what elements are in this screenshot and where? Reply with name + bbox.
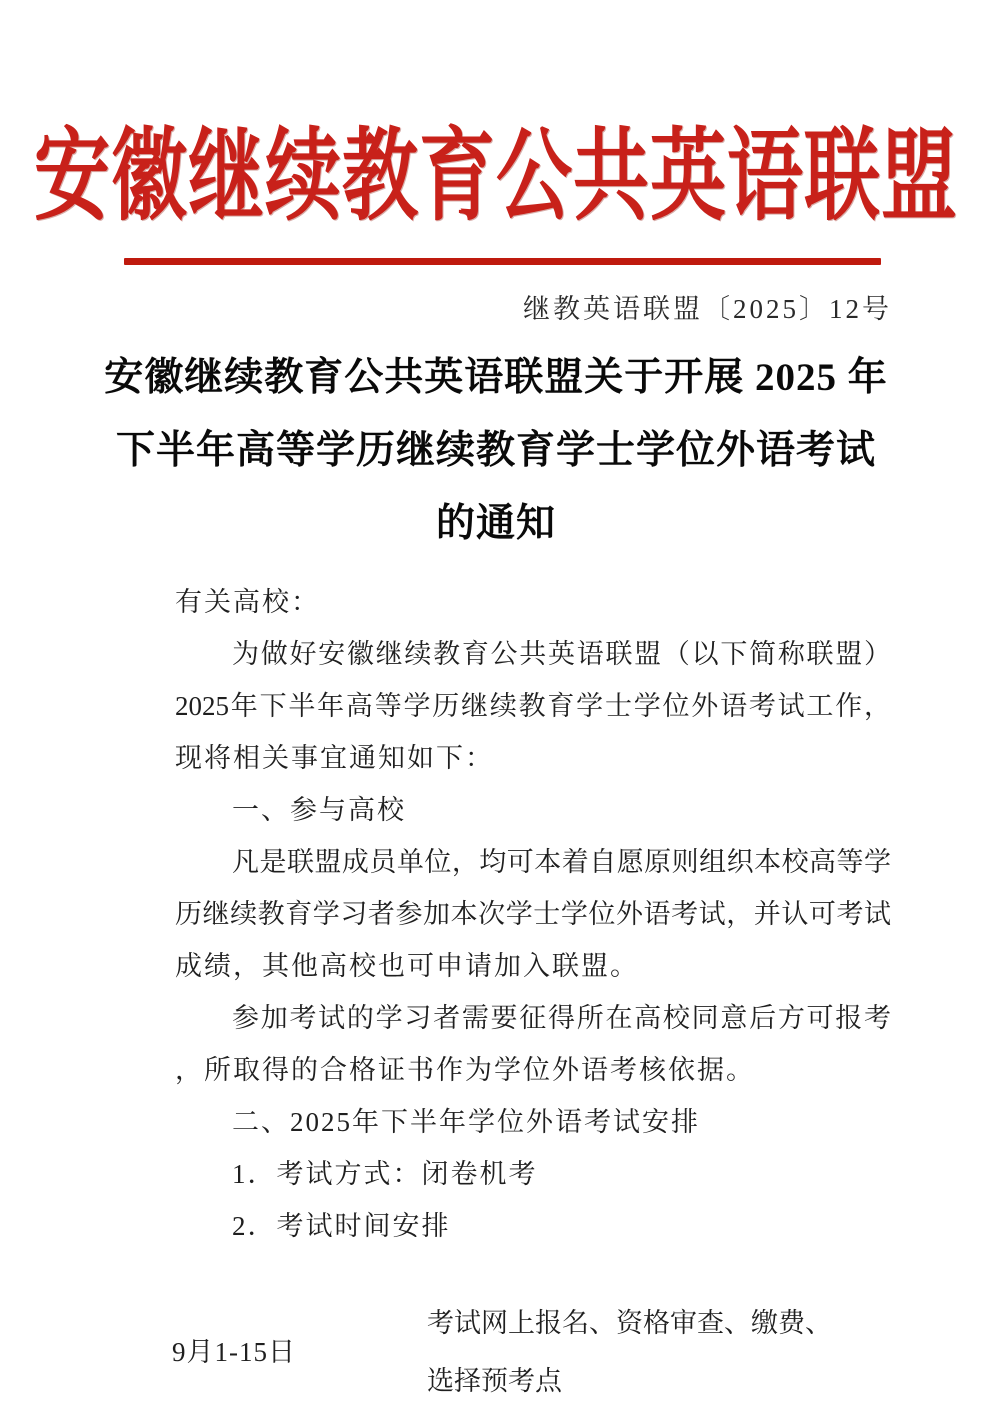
scanned-notice-page: 安徽继续教育公共英语联盟 继教英语联盟〔2025〕12号 安徽继续教育公共英语联… <box>0 0 992 1403</box>
body-line: 为做好安徽继续教育公共英语联盟（以下简称联盟） <box>175 628 891 680</box>
notice-title-line: 安徽继续教育公共英语联盟关于开展 2025 年 <box>0 341 992 414</box>
schedule-row: 9月1-15日 考试网上报名、资格审查、缴费、 选择预考点 <box>172 1294 992 1403</box>
masthead: 安徽继续教育公共英语联盟 <box>0 0 992 208</box>
body-line-section-1: 一、参与高校 <box>175 784 891 836</box>
body-line-salutation: 有关高校： <box>175 576 891 628</box>
notice-title-line: 下半年高等学历继续教育学士学位外语考试 <box>0 414 992 487</box>
schedule-task-line: 选择预考点 <box>427 1352 819 1403</box>
notice-title: 安徽继续教育公共英语联盟关于开展 2025 年 下半年高等学历继续教育学士学位外… <box>0 341 992 560</box>
body-line: 成绩，其他高校也可申请加入联盟。 <box>175 940 891 992</box>
masthead-title: 安徽继续教育公共英语联盟 <box>34 118 958 237</box>
body-line: 参加考试的学习者需要征得所在高校同意后方可报考 <box>175 992 891 1044</box>
body-line: 现将相关事宜通知如下： <box>175 732 891 784</box>
schedule-date: 9月1-15日 <box>172 1335 427 1369</box>
schedule-task-line: 考试网上报名、资格审查、缴费、 <box>427 1294 819 1352</box>
notice-title-line: 的通知 <box>0 487 992 560</box>
notice-body: 有关高校： 为做好安徽继续教育公共英语联盟（以下简称联盟） 2025年下半年高等… <box>175 576 891 1252</box>
red-rule-divider <box>124 258 881 265</box>
body-line: 2025年下半年高等学历继续教育学士学位外语考试工作， <box>175 680 891 732</box>
body-line: 历继续教育学习者参加本次学士学位外语考试，并认可考试 <box>175 888 891 940</box>
body-line-item-1: 1．考试方式：闭卷机考 <box>175 1148 891 1200</box>
body-line: ，所取得的合格证书作为学位外语考核依据。 <box>175 1044 891 1096</box>
body-line: 凡是联盟成员单位，均可本着自愿原则组织本校高等学 <box>175 836 891 888</box>
schedule-task: 考试网上报名、资格审查、缴费、 选择预考点 <box>427 1294 819 1403</box>
body-line-item-2: 2．考试时间安排 <box>175 1200 891 1252</box>
body-line-section-2: 二、2025年下半年学位外语考试安排 <box>175 1096 891 1148</box>
document-number: 继教英语联盟〔2025〕12号 <box>0 293 992 325</box>
